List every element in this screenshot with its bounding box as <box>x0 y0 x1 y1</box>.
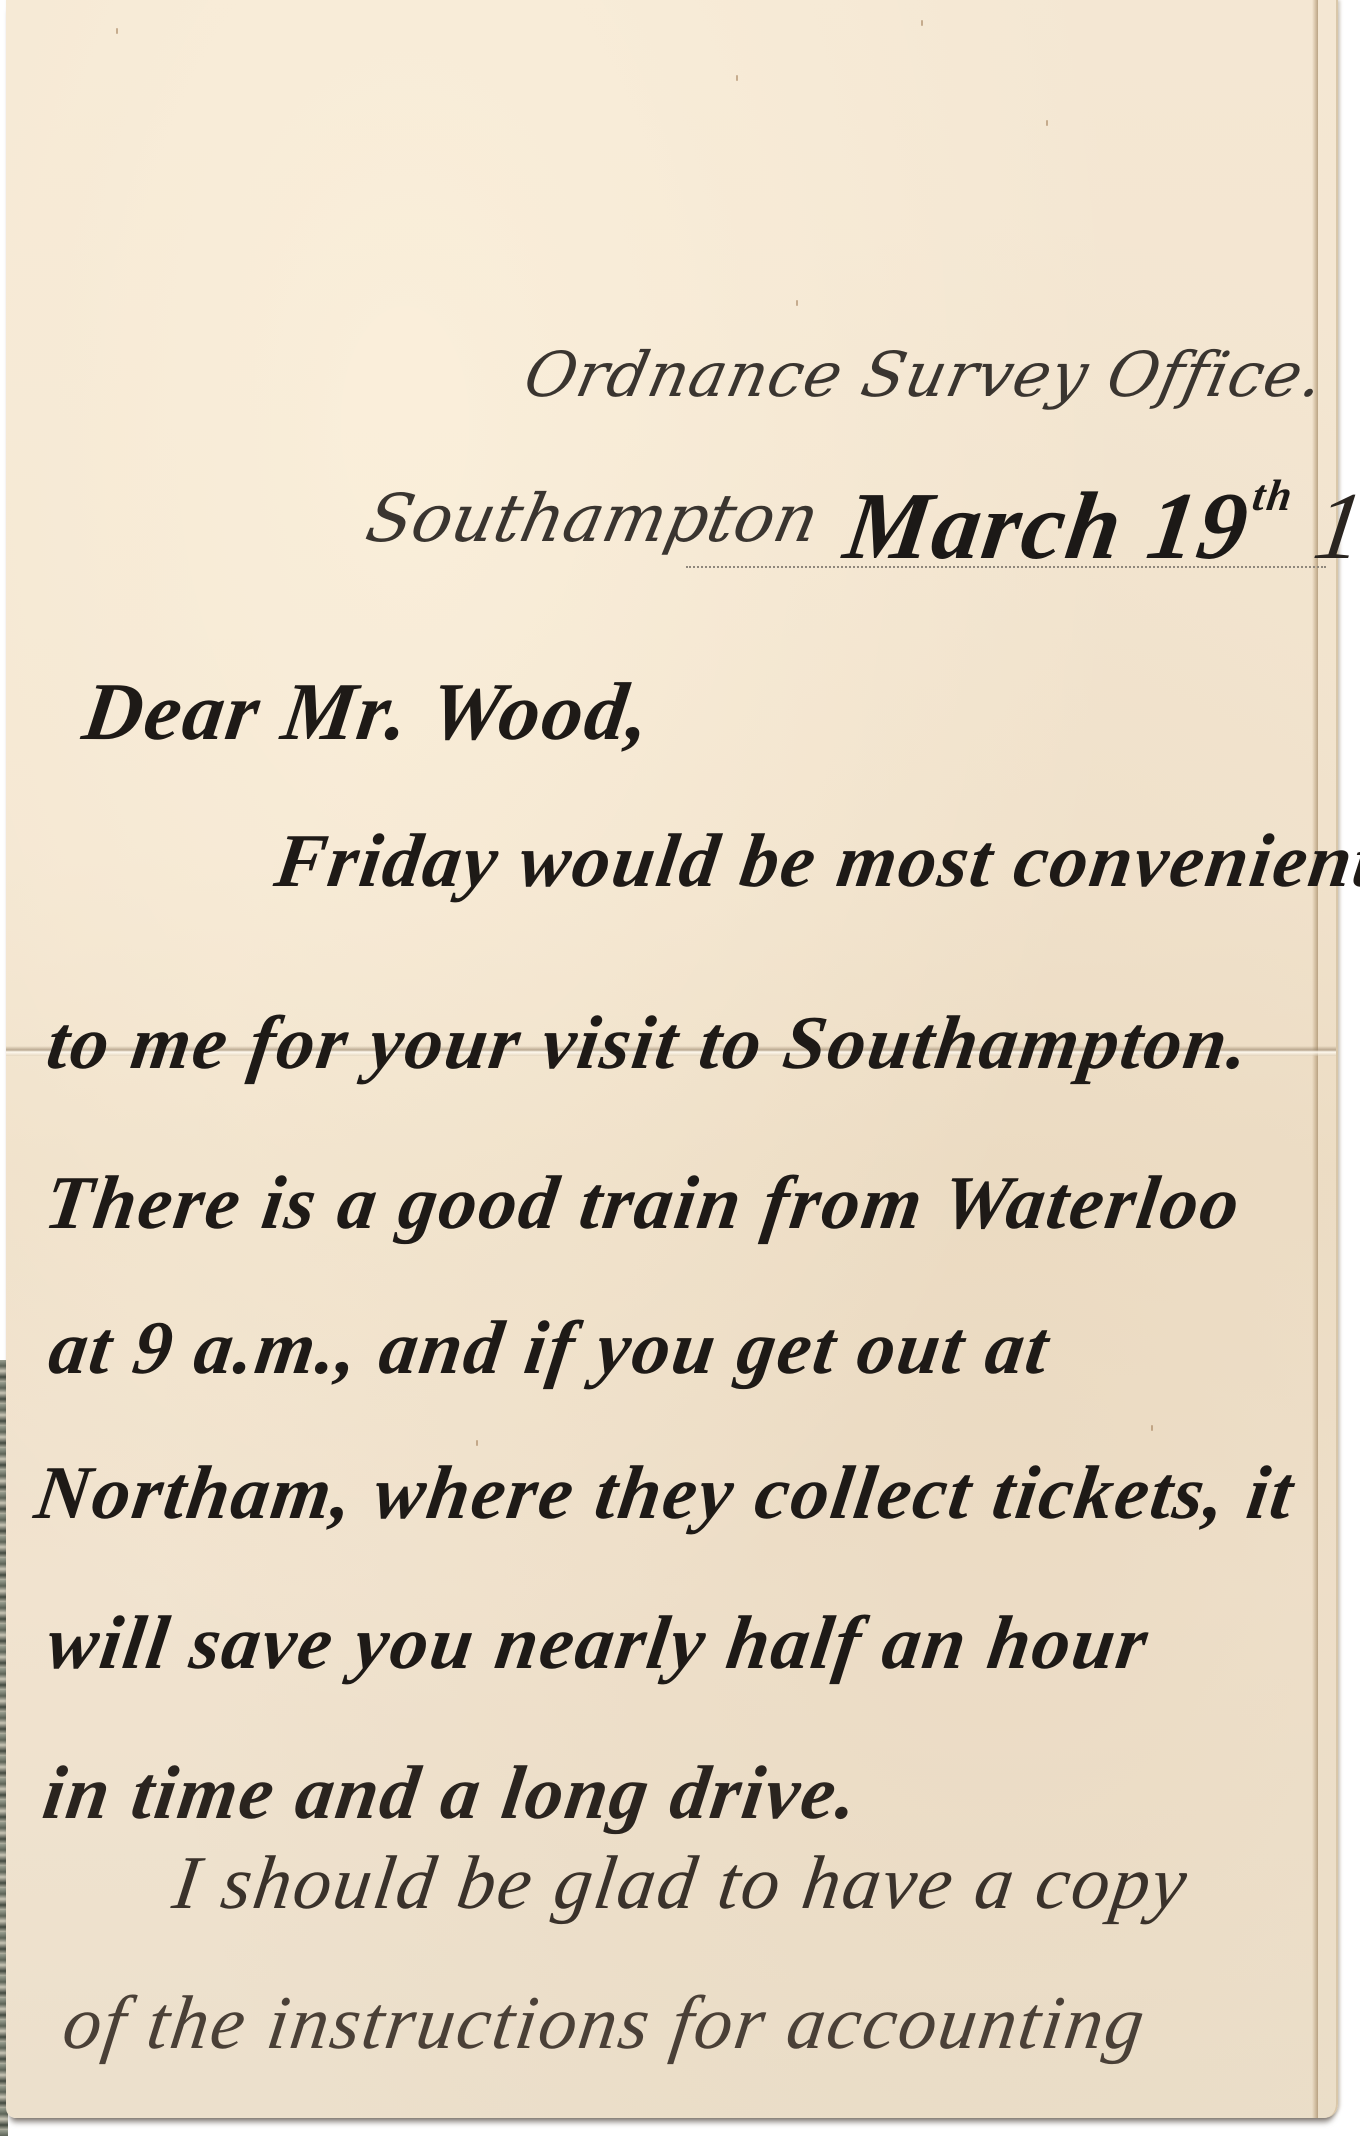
date-month-day: March 19 <box>838 472 1256 579</box>
paper-speck <box>921 20 923 26</box>
date-day-suffix: th <box>1249 471 1297 520</box>
paper-speck <box>476 1440 478 1446</box>
letterhead-place: Southampton <box>360 480 826 557</box>
paper-speck <box>116 28 118 34</box>
paper-speck <box>796 300 798 306</box>
letterhead-organization: Ordnance Survey Office. <box>518 338 1331 411</box>
body-line: at 9 a.m., and if you get out at <box>44 1305 1056 1392</box>
letter-page: Ordnance Survey Office. Southampton Marc… <box>6 0 1338 2118</box>
body-line: will save you nearly half an hour <box>42 1600 1155 1687</box>
paper-speck <box>736 75 738 81</box>
body-line: of the instructions for accounting <box>58 1980 1152 2067</box>
body-line: I should be glad to have a copy <box>168 1840 1194 1927</box>
body-line: in time and a long drive. <box>38 1750 865 1837</box>
body-line: to me for your visit to Southampton. <box>42 1000 1256 1087</box>
page-right-edge <box>1312 0 1318 2118</box>
letter-date: March 19th 1890 <box>838 470 1360 581</box>
paper-speck <box>1046 120 1048 126</box>
body-line: Friday would be most convenient <box>270 818 1360 905</box>
salutation: Dear Mr. Wood, <box>77 665 657 759</box>
date-year: 1890 <box>1308 472 1360 579</box>
body-line: Northam, where they collect tickets, it <box>30 1450 1300 1537</box>
body-line: There is a good train from Waterloo <box>40 1160 1247 1247</box>
paper-speck <box>1151 1425 1153 1431</box>
